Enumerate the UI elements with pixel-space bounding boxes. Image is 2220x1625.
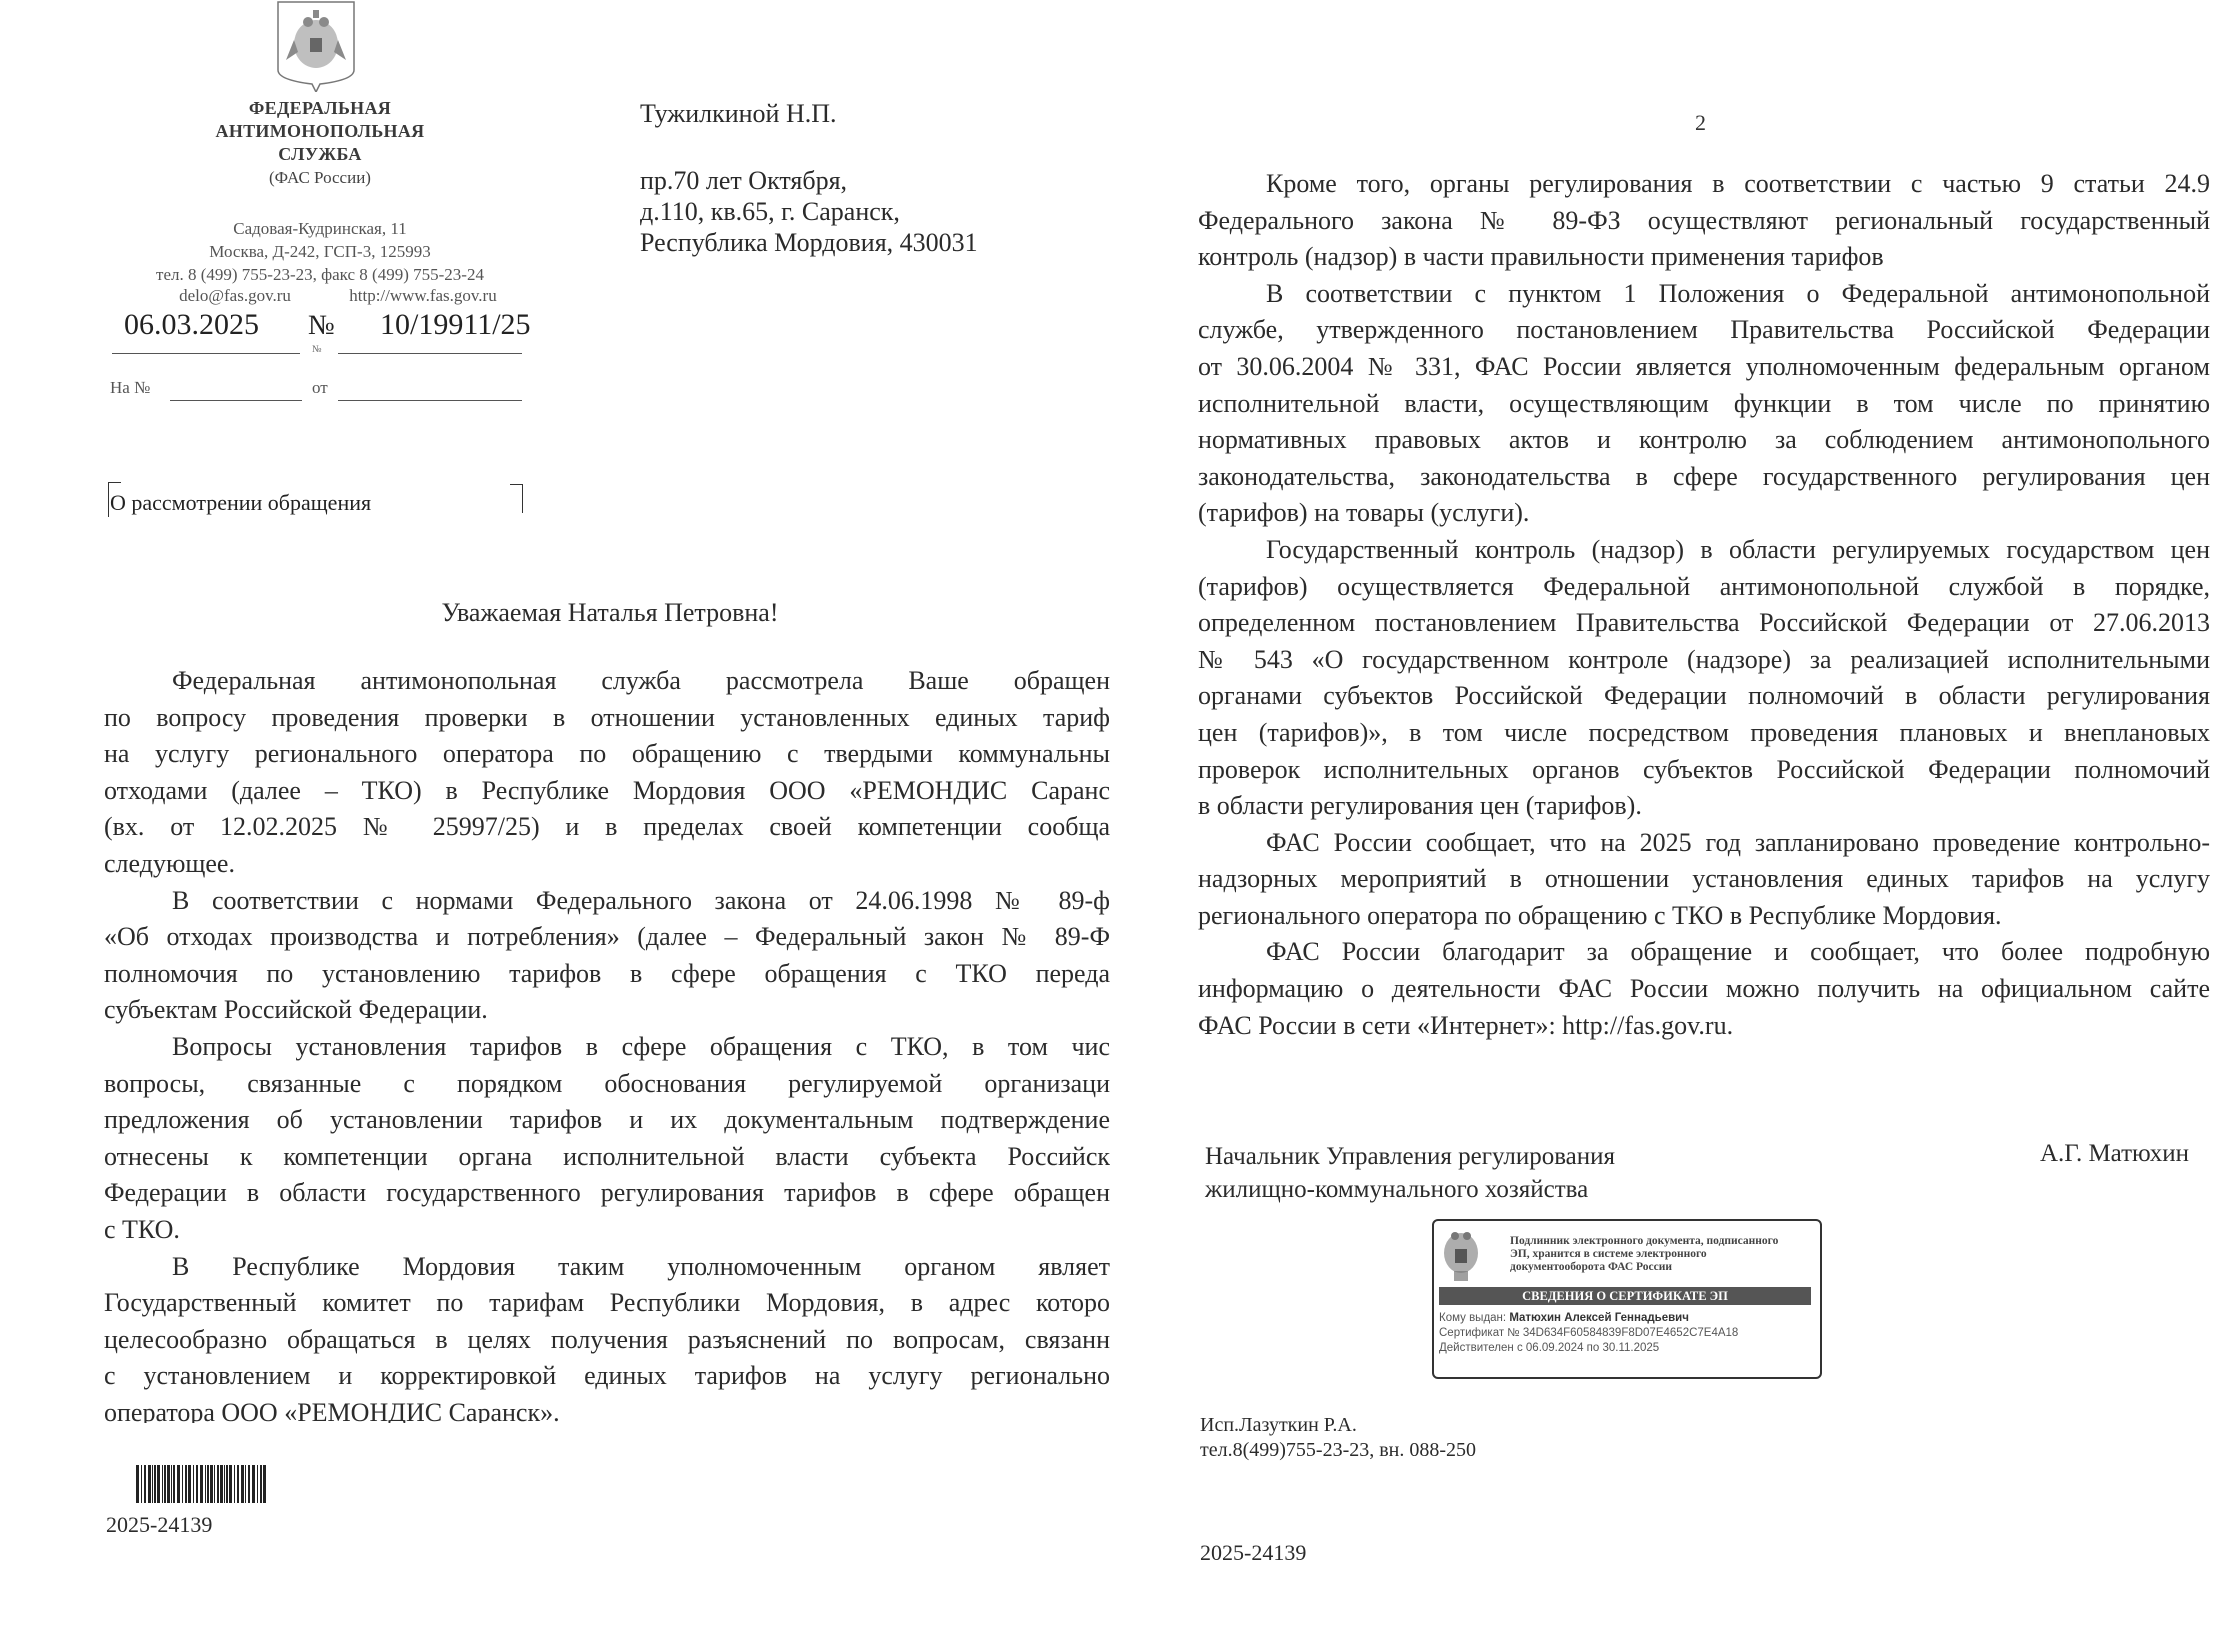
- certificate-number: Сертификат № 34D634F60584839F8D07E4652C7…: [1439, 1326, 1738, 1341]
- body-line: цен (тарифов)», в том числе посредством …: [1198, 715, 2210, 752]
- body-line: следующее.: [104, 846, 1110, 883]
- e-signature-stamp: Подлинник электронного документа, подпис…: [1432, 1219, 1822, 1379]
- org-name: ФЕДЕРАЛЬНАЯ АНТИМОНОПОЛЬНАЯ СЛУЖБА: [170, 97, 470, 166]
- certificate-validity: Действителен с 06.09.2024 по 30.11.2025: [1439, 1341, 1738, 1356]
- signatory-position: Начальник Управления регулирования жилищ…: [1205, 1140, 1615, 1206]
- registration-number: 10/19911/25: [380, 308, 531, 342]
- body-line: (тарифов) осуществляется Федеральной ант…: [1198, 569, 2210, 606]
- coat-of-arms-icon: [276, 0, 356, 92]
- email-link[interactable]: delo@fas.gov.ru: [125, 286, 345, 306]
- body-line: по вопросу проведения проверки в отношен…: [104, 700, 1110, 737]
- body-line: регионального оператора по обращению с Т…: [1198, 898, 2210, 935]
- body-line: Кроме того, органы регулирования в соотв…: [1198, 166, 2210, 203]
- body-line: отнесены к компетенции органа исполнител…: [104, 1139, 1110, 1176]
- website-link[interactable]: http://www.fas.gov.ru: [349, 286, 496, 306]
- address-line: тел. 8 (499) 755-23-23, факс 8 (499) 755…: [120, 263, 520, 286]
- org-contacts: delo@fas.gov.ru http://www.fas.gov.ru: [125, 286, 515, 306]
- number-sign: №: [308, 310, 335, 342]
- executor-name: Исп.Лазуткин Р.А.: [1200, 1413, 1476, 1438]
- letter-body-page-1: Федеральная антимонопольная служба рассм…: [104, 663, 1110, 1423]
- document-number: 2025-24139: [1200, 1540, 1306, 1566]
- body-line: контроль (надзор) в части правильности п…: [1198, 239, 2210, 276]
- body-line: определенном постановлением Правительств…: [1198, 605, 2210, 642]
- body-line: (вх. от 12.02.2025 № 25997/25) и в преде…: [104, 809, 1110, 846]
- recipient-address-line: Республика Мордовия, 430031: [640, 228, 978, 258]
- body-line: с установлением и корректировкой единых …: [104, 1358, 1110, 1395]
- issued-to-label: Кому выдан:: [1439, 1312, 1506, 1324]
- body-line: ФАС России в сети «Интернет»: http://fas…: [1198, 1008, 2210, 1045]
- org-name-line: СЛУЖБА: [170, 143, 470, 166]
- body-line: ФАС России сообщает, что на 2025 год зап…: [1198, 825, 2210, 862]
- body-line: субъектам Российской Федерации.: [104, 992, 1110, 1029]
- number-sign-small: №: [312, 344, 322, 355]
- number-underline: [338, 353, 522, 354]
- body-line: с ТКО.: [104, 1212, 1110, 1249]
- body-line: органами субъектов Российской Федерации …: [1198, 678, 2210, 715]
- body-line: оператора ООО «РЕМОНДИС Саранск».: [104, 1395, 1110, 1423]
- stamp-header-line: ЭП, хранится в системе электронного: [1510, 1248, 1778, 1261]
- body-line: полномочия по установлению тарифов в сфе…: [104, 956, 1110, 993]
- org-name-line: ФЕДЕРАЛЬНАЯ: [170, 97, 470, 120]
- stamp-header-line: Подлинник электронного документа, подпис…: [1510, 1235, 1778, 1248]
- fas-emblem-icon: [1440, 1227, 1482, 1285]
- body-line: «Об отходах производства и потребления» …: [104, 919, 1110, 956]
- body-line: Федерального закона № 89-ФЗ осуществляют…: [1198, 203, 2210, 240]
- body-line: предложения об установлении тарифов и их…: [104, 1102, 1110, 1139]
- address-line: Садовая-Кудринская, 11: [140, 217, 500, 240]
- body-line: (тарифов) на товары (услуги).: [1198, 495, 2210, 532]
- body-line: Государственный комитет по тарифам Респу…: [104, 1285, 1110, 1322]
- org-name-line: АНТИМОНОПОЛЬНАЯ: [170, 120, 470, 143]
- registration-date: 06.03.2025: [124, 308, 259, 342]
- recipient-name: Тужилкиной Н.П.: [640, 99, 837, 129]
- org-short-name: (ФАС России): [170, 168, 470, 188]
- body-line: информацию о деятельности ФАС России мож…: [1198, 971, 2210, 1008]
- recipient-address-line: пр.70 лет Октября,: [640, 166, 847, 196]
- body-line: в области регулирования цен (тарифов).: [1198, 788, 2210, 825]
- body-line: Вопросы установления тарифов в сфере обр…: [104, 1029, 1110, 1066]
- body-line: отходами (далее – ТКО) в Республике Морд…: [104, 773, 1110, 810]
- org-address: Садовая-Кудринская, 11 Москва, Д-242, ГС…: [140, 217, 500, 286]
- executor-info: Исп.Лазуткин Р.А. тел.8(499)755-23-23, в…: [1200, 1413, 1476, 1463]
- reply-to-label: На №: [110, 378, 150, 398]
- body-line: № 543 «О государственном контроле (надзо…: [1198, 642, 2210, 679]
- body-line: целесообразно обращаться в целях получен…: [104, 1322, 1110, 1359]
- certificate-info: Кому выдан: Матюхин Алексей Геннадьевич …: [1439, 1311, 1738, 1356]
- from-label: от: [312, 378, 328, 398]
- body-line: от 30.06.2004 № 331, ФАС России является…: [1198, 349, 2210, 386]
- subject-bracket-right: [510, 484, 523, 513]
- address-line: Москва, Д-242, ГСП-3, 125993: [140, 240, 500, 263]
- letter-body-page-2: Кроме того, органы регулирования в соотв…: [1198, 166, 2210, 1044]
- subject-line: О рассмотрении обращения: [110, 490, 371, 516]
- body-line: Государственный контроль (надзор) в обла…: [1198, 532, 2210, 569]
- greeting: Уважаемая Наталья Петровна!: [260, 598, 960, 628]
- signatory-name: А.Г. Матюхин: [2040, 1140, 2189, 1168]
- body-line: Федерации в области государственного рег…: [104, 1175, 1110, 1212]
- body-line: В соответствии с нормами Федерального за…: [104, 883, 1110, 920]
- executor-phone: тел.8(499)755-23-23, вн. 088-250: [1200, 1438, 1476, 1463]
- signatory-position-line: жилищно-коммунального хозяйства: [1205, 1173, 1615, 1206]
- body-line: В Республике Мордовия таким уполномоченн…: [104, 1249, 1110, 1286]
- recipient-address-line: д.110, кв.65, г. Саранск,: [640, 197, 900, 227]
- body-line: на услугу регионального оператора по обр…: [104, 736, 1110, 773]
- body-line: надзорных мероприятий в отношении устано…: [1198, 861, 2210, 898]
- body-line: Федеральная антимонопольная служба рассм…: [104, 663, 1110, 700]
- from-field: [338, 400, 522, 401]
- reply-to-field: [170, 400, 302, 401]
- stamp-header-line: документооборота ФАС России: [1510, 1261, 1778, 1274]
- body-line: нормативных правовых актов и контролю за…: [1198, 422, 2210, 459]
- body-line: вопросы, связанные с порядком обосновани…: [104, 1066, 1110, 1103]
- page-number: 2: [1695, 110, 1706, 136]
- signatory-position-line: Начальник Управления регулирования: [1205, 1140, 1615, 1173]
- body-line: ФАС России благодарит за обращение и соо…: [1198, 934, 2210, 971]
- barcode-icon: [136, 1465, 266, 1503]
- body-line: службе, утвержденного постановлением Пра…: [1198, 312, 2210, 349]
- body-line: исполнительной власти, осуществляющим фу…: [1198, 386, 2210, 423]
- body-line: законодательства, законодательства в сфе…: [1198, 459, 2210, 496]
- issued-to-name: Матюхин Алексей Геннадьевич: [1509, 1312, 1689, 1324]
- issued-to: Кому выдан: Матюхин Алексей Геннадьевич: [1439, 1311, 1738, 1326]
- certificate-band: СВЕДЕНИЯ О СЕРТИФИКАТЕ ЭП: [1439, 1287, 1811, 1305]
- stamp-header: Подлинник электронного документа, подпис…: [1510, 1235, 1778, 1274]
- date-underline: [112, 353, 300, 354]
- document-number: 2025-24139: [106, 1512, 212, 1538]
- body-line: В соответствии с пунктом 1 Положения о Ф…: [1198, 276, 2210, 313]
- body-line: проверок исполнительных органов субъекто…: [1198, 752, 2210, 789]
